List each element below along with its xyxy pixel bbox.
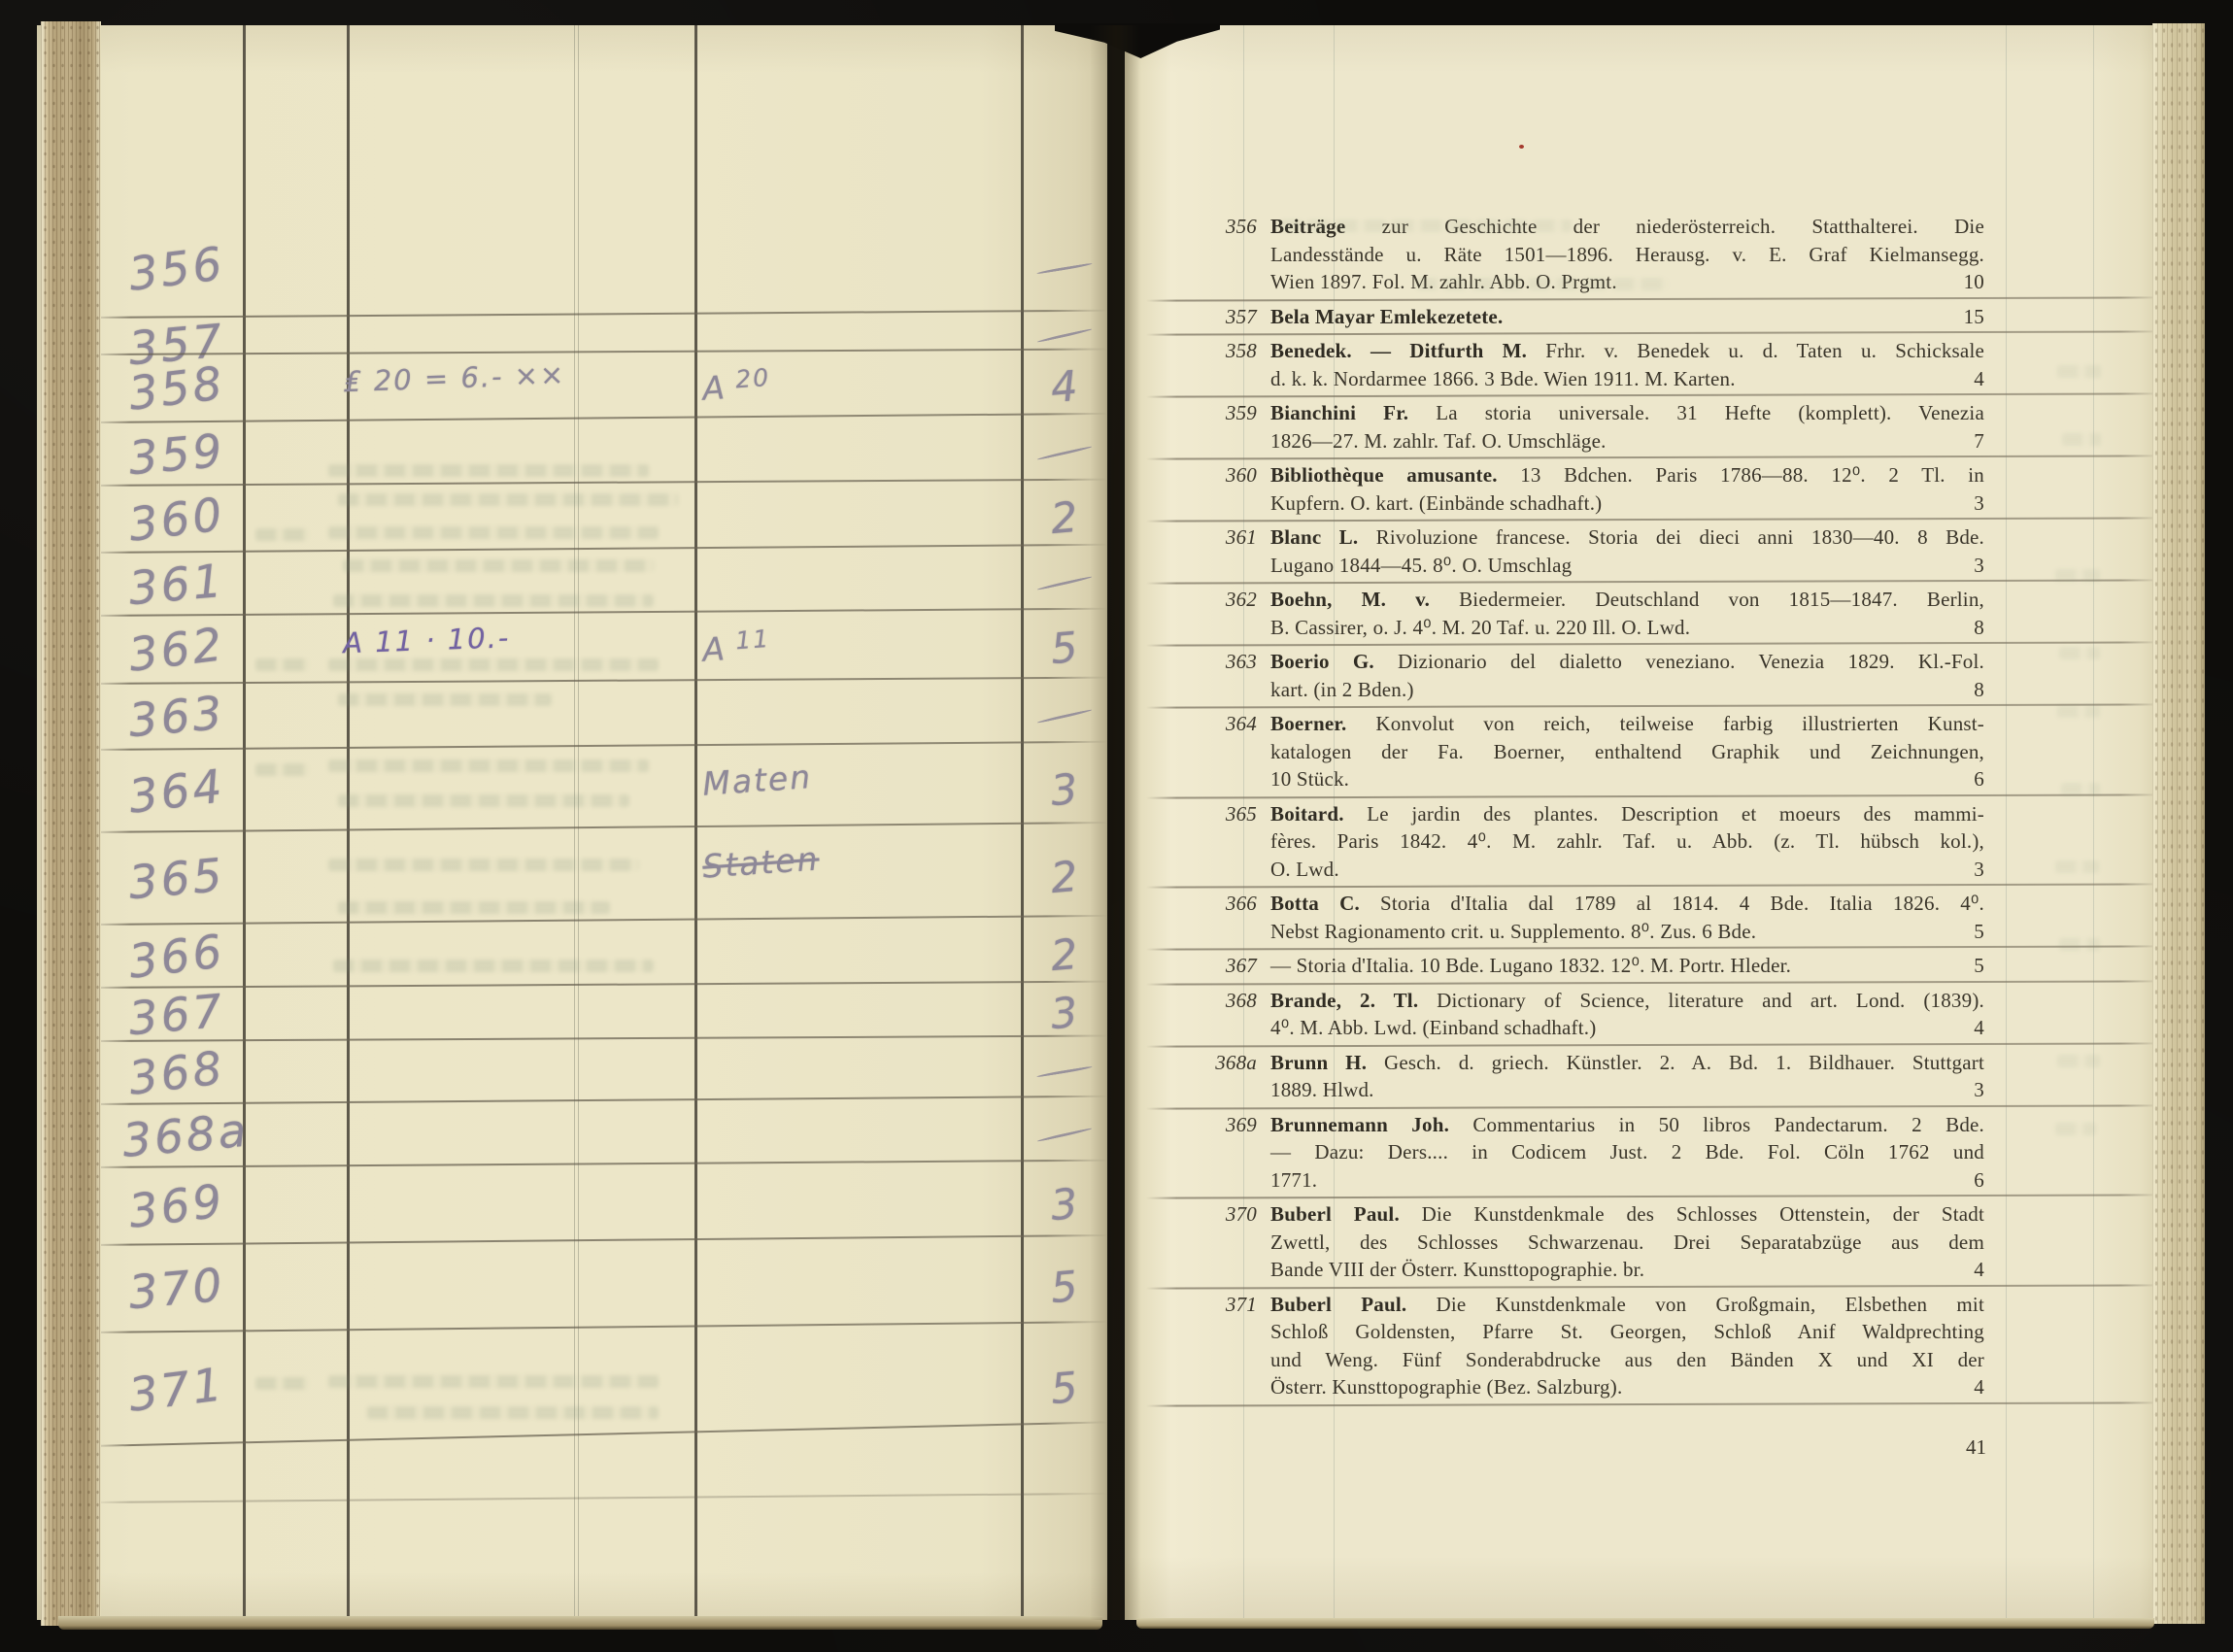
catalog-page-right: 356 Beiträge zur Geschichte der niederös… — [1125, 25, 2160, 1620]
entry-line: Lugano 1844—45. 8⁰. O. Umschlag — [1270, 552, 1984, 580]
entry-number: 365 — [1187, 800, 1257, 828]
entry-line: Blanc L. Rivoluzione francese. Storia de… — [1270, 523, 1984, 552]
entry-price: 4 — [1974, 1014, 1984, 1042]
entry-author: Boerner. — [1270, 712, 1346, 735]
entry-line: — Dazu: Ders.... in Codicem Just. 2 Bde.… — [1270, 1138, 1984, 1166]
ledger-row: 370 5 — [37, 1244, 1107, 1332]
ledger-row: 366 2 — [37, 924, 1107, 987]
catalog-entry: 367 — Storia d'Italia. 10 Bde. Lugano 18… — [1270, 949, 1984, 984]
entry-price: 5 — [1974, 952, 1984, 980]
entry-number: 371 — [1187, 1291, 1257, 1319]
row-number: 368a — [120, 1105, 233, 1168]
entry-author: Brande, 2. Tl. — [1270, 989, 1418, 1012]
row-number: 360 — [119, 487, 234, 553]
catalog-entry: 360 Bibliothèque amusante. 13 Bdchen. Pa… — [1270, 458, 1984, 521]
catalog-entry: 358 Benedek. — Ditfurth M. Frhr. v. Bene… — [1270, 334, 1984, 396]
row-number: 362 — [119, 617, 234, 683]
entry-price: 3 — [1974, 1076, 1984, 1104]
entry-line: Österr. Kunsttopographie (Bez. Salzburg)… — [1270, 1373, 1984, 1401]
row-result-value: 5 — [1023, 615, 1106, 683]
catalog-entries: 356 Beiträge zur Geschichte der niederös… — [1270, 210, 1984, 1405]
entry-author: Boitard. — [1270, 802, 1344, 826]
entry-line: Nebst Ragionamento crit. u. Supplemento.… — [1270, 918, 1984, 946]
entry-author: Boehn, M. v. — [1270, 588, 1430, 611]
row-result-value: 2 — [1023, 924, 1106, 987]
entry-author: Bela Mayar Emlekezetete. — [1270, 305, 1503, 328]
entry-price: 6 — [1974, 765, 1984, 793]
entry-line: d. k. k. Nordarmee 1866. 3 Bde. Wien 191… — [1270, 365, 1984, 393]
entry-number: 369 — [1187, 1111, 1257, 1139]
entry-line: Kupfern. O. kart. (Einbände schadhaft.) — [1270, 489, 1984, 518]
entry-number: 357 — [1187, 303, 1257, 331]
ledger-row: 367 3 — [37, 987, 1107, 1040]
entry-line: Zwettl, des Schlosses Schwarzenau. Drei … — [1270, 1229, 1984, 1257]
row-number: 370 — [120, 1258, 233, 1321]
ledger-row: 369 3 — [37, 1166, 1107, 1244]
entry-number: 364 — [1187, 710, 1257, 738]
row-result-value: 3 — [1023, 1166, 1106, 1244]
row-result-value: 3 — [1023, 749, 1106, 831]
entry-line: 10 Stück. — [1270, 765, 1984, 793]
entry-line: katalogen der Fa. Boerner, enthaltend Gr… — [1270, 738, 1984, 766]
row-number: 369 — [119, 1173, 234, 1239]
entry-price: 7 — [1974, 427, 1984, 455]
entry-line: Boitard. Le jardin des plantes. Descript… — [1270, 800, 1984, 828]
ledger-row: 368 — [37, 1040, 1107, 1103]
entry-number: 368 — [1187, 987, 1257, 1015]
entry-line: und Weng. Fünf Sonderabdrucke aus den Bä… — [1270, 1346, 1984, 1374]
row-result-value: 4 — [1023, 354, 1106, 421]
row-result-value — [1023, 683, 1106, 749]
ledger-page-left: 356 357 358 ₤ 20 = 6.- ×× A 20 4 359 360… — [37, 25, 1107, 1620]
row-result-value: 2 — [1023, 831, 1106, 924]
catalog-entry: 365 Boitard. Le jardin des plantes. Desc… — [1270, 797, 1984, 888]
row-number: 356 — [119, 236, 234, 302]
entry-author: Blanc L. — [1270, 525, 1358, 549]
entry-author: Bianchini Fr. — [1270, 401, 1408, 424]
catalog-entry: 366 Botta C. Storia d'Italia dal 1789 al… — [1270, 887, 1984, 949]
entry-author: Bibliothèque amusante. — [1270, 463, 1498, 487]
entry-price: 5 — [1974, 918, 1984, 946]
entry-line: Brande, 2. Tl. Dictionary of Science, li… — [1270, 987, 1984, 1015]
entry-author: Benedek. — Ditfurth M. — [1270, 339, 1527, 362]
entry-line: 1771. — [1270, 1166, 1984, 1195]
entry-line: O. Lwd. — [1270, 856, 1984, 884]
entry-line: — Storia d'Italia. 10 Bde. Lugano 1832. … — [1270, 952, 1984, 980]
row-price-note: ₤ 20 = 6.- ×× — [343, 354, 694, 399]
page-edge-stack-right — [2152, 23, 2205, 1624]
page-edge-stack-left — [41, 21, 101, 1626]
row-result-value: 2 — [1023, 485, 1106, 552]
entry-line: Brunnemann Joh. Commentarius in 50 libro… — [1270, 1111, 1984, 1139]
catalog-entry: 368 Brande, 2. Tl. Dictionary of Science… — [1270, 984, 1984, 1046]
entry-line: 4⁰. M. Abb. Lwd. (Einband schadhaft.) — [1270, 1014, 1984, 1042]
entry-number: 368a — [1187, 1049, 1257, 1077]
entry-number: 359 — [1187, 399, 1257, 427]
row-annotation: Maten — [701, 744, 1004, 803]
row-number: 363 — [120, 686, 233, 749]
catalog-entry: 361 Blanc L. Rivoluzione francese. Stori… — [1270, 521, 1984, 583]
catalog-entry: 369 Brunnemann Joh. Commentarius in 50 l… — [1270, 1108, 1984, 1198]
catalog-entry: 362 Boehn, M. v. Biedermeier. Deutschlan… — [1270, 583, 1984, 645]
entry-number: 361 — [1187, 523, 1257, 552]
ledger-row: 363 — [37, 683, 1107, 749]
entry-line: Boerio G. Dizionario del dialetto venezi… — [1270, 648, 1984, 676]
row-result-value — [1023, 552, 1106, 615]
entry-line: Bianchini Fr. La storia universale. 31 H… — [1270, 399, 1984, 427]
row-number: 371 — [119, 1357, 234, 1423]
page-number: 41 — [1918, 1435, 1986, 1460]
entry-price: 6 — [1974, 1166, 1984, 1195]
entry-line: 1889. Hlwd. — [1270, 1076, 1984, 1104]
entry-line: Boehn, M. v. Biedermeier. Deutschland vo… — [1270, 586, 1984, 614]
entry-author: Boerio G. — [1270, 650, 1374, 673]
entry-price: 8 — [1974, 614, 1984, 642]
entry-price: 10 — [1964, 268, 1984, 296]
book-photo: { "book": { "page_number": "41", "left_p… — [0, 0, 2233, 1652]
entry-price: 4 — [1974, 1256, 1984, 1284]
catalog-entry: 364 Boerner. Konvolut von reich, teilwei… — [1270, 707, 1984, 797]
catalog-entry: 370 Buberl Paul. Die Kunstdenkmale des S… — [1270, 1197, 1984, 1288]
entry-author: Buberl Paul. — [1270, 1293, 1406, 1316]
entry-number: 363 — [1187, 648, 1257, 676]
row-number: 359 — [120, 423, 233, 487]
page-edge-bottom-right — [1136, 1618, 2154, 1629]
entry-line: Bela Mayar Emlekezetete. — [1270, 303, 1984, 331]
row-number: 365 — [120, 848, 233, 911]
row-result-value — [1023, 219, 1106, 317]
entry-line: Bande VIII der Österr. Kunsttopographie.… — [1270, 1256, 1984, 1284]
catalog-entry: 368a Brunn H. Gesch. d. griech. Künstler… — [1270, 1046, 1984, 1108]
catalog-entry: 371 Buberl Paul. Die Kunstdenkmale von G… — [1270, 1288, 1984, 1405]
page-edge-bottom-left — [58, 1616, 1102, 1630]
entry-price: 8 — [1974, 676, 1984, 704]
entry-price: 4 — [1974, 365, 1984, 393]
entry-line: Buberl Paul. Die Kunstdenkmale des Schlo… — [1270, 1200, 1984, 1229]
entry-price: 3 — [1974, 856, 1984, 884]
entry-author: Buberl Paul. — [1270, 1202, 1400, 1226]
entry-price: 15 — [1964, 303, 1984, 331]
entry-line: Boerner. Konvolut von reich, teilweise f… — [1270, 710, 1984, 738]
catalog-entry: 357 Bela Mayar Emlekezetete.15 — [1270, 300, 1984, 335]
entry-price: 4 — [1974, 1373, 1984, 1401]
row-number: 368 — [119, 1040, 234, 1106]
entry-line: Botta C. Storia d'Italia dal 1789 al 181… — [1270, 890, 1984, 918]
entry-line: Schloß Goldensten, Pfarre St. Georgen, S… — [1270, 1318, 1984, 1346]
row-result-value — [1023, 1103, 1106, 1166]
row-price-note: A 11 · 10.- — [343, 615, 694, 660]
entry-line: Landesstände u. Räte 1501—1896. Herausg.… — [1270, 241, 1984, 269]
entry-number: 367 — [1187, 952, 1257, 980]
entry-line: kart. (in 2 Bden.) — [1270, 676, 1984, 704]
row-result-value — [1023, 1040, 1106, 1103]
red-speck — [1519, 145, 1524, 149]
ledger-row: 368a — [37, 1103, 1107, 1166]
row-number: 358 — [119, 355, 234, 421]
row-number: 366 — [119, 924, 234, 990]
entry-line: 1826—27. M. zahlr. Taf. O. Umschläge. — [1270, 427, 1984, 455]
entry-line: Brunn H. Gesch. d. griech. Künstler. 2. … — [1270, 1049, 1984, 1077]
entry-line: Bibliothèque amusante. 13 Bdchen. Paris … — [1270, 461, 1984, 489]
entry-author: Brunnemann Joh. — [1270, 1113, 1449, 1136]
entry-line: Benedek. — Ditfurth M. Frhr. v. Benedek … — [1270, 337, 1984, 365]
entry-number: 358 — [1187, 337, 1257, 365]
row-annotation: A 20 — [701, 349, 1004, 408]
row-result-value — [1023, 421, 1106, 485]
catalog-entry: 363 Boerio G. Dizionario del dialetto ve… — [1270, 645, 1984, 707]
entry-price: 3 — [1974, 552, 1984, 580]
entry-number: 370 — [1187, 1200, 1257, 1229]
entry-author: Botta C. — [1270, 892, 1360, 915]
entry-number: 356 — [1187, 213, 1257, 241]
entry-number: 362 — [1187, 586, 1257, 614]
entry-number: 360 — [1187, 461, 1257, 489]
ledger-row: 356 — [37, 219, 1107, 317]
row-annotation: Staten — [701, 826, 1004, 886]
entry-line: fères. Paris 1842. 4⁰. M. zahlr. Taf. u.… — [1270, 827, 1984, 856]
entry-price: 3 — [1974, 489, 1984, 518]
row-result-value: 3 — [1023, 987, 1106, 1040]
row-annotation: A 11 — [701, 610, 1004, 669]
row-result-value: 5 — [1023, 1332, 1106, 1445]
row-result-value: 5 — [1023, 1244, 1106, 1332]
row-number: 364 — [119, 759, 234, 825]
entry-line: Buberl Paul. Die Kunstdenkmale von Großg… — [1270, 1291, 1984, 1319]
ledger-row: 358 ₤ 20 = 6.- ×× A 20 4 — [37, 354, 1107, 421]
row-number: 367 — [120, 984, 233, 1047]
entry-line: B. Cassirer, o. J. 4⁰. M. 20 Taf. u. 220… — [1270, 614, 1984, 642]
showthrough-rule — [2093, 25, 2094, 1620]
entry-number: 366 — [1187, 890, 1257, 918]
entry-author: Brunn H. — [1270, 1051, 1367, 1074]
ledger-row: 371 5 — [37, 1332, 1107, 1445]
catalog-entry: 359 Bianchini Fr. La storia universale. … — [1270, 396, 1984, 458]
showthrough-rule — [2006, 25, 2007, 1620]
ledger-row: 362 A 11 · 10.- A 11 5 — [37, 615, 1107, 683]
ledger-row: 357 — [37, 317, 1107, 354]
row-number: 361 — [120, 554, 233, 617]
